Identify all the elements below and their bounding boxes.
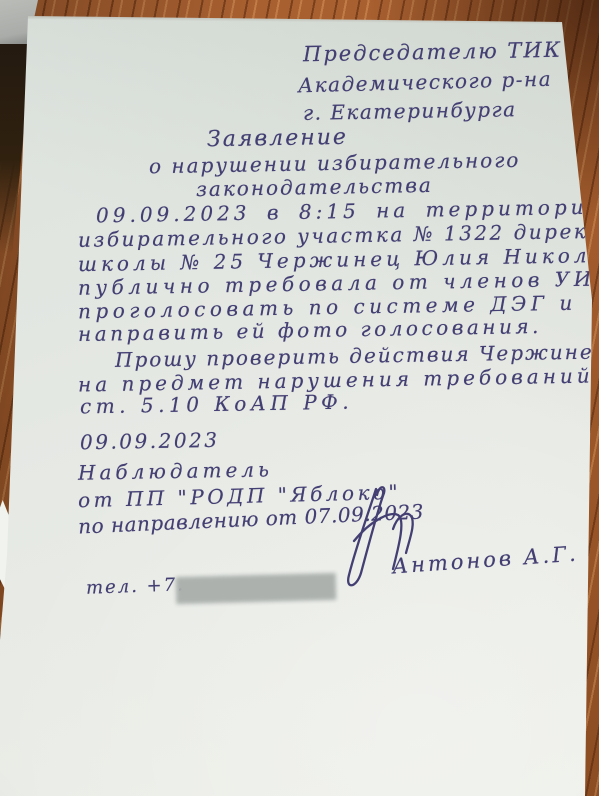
recipient-line: г. Екатеринбурга [303,97,517,125]
redacted-phone-number [176,573,337,604]
phone-label: тел. +7. [86,574,186,598]
body-line: ст. 5.10 КоАП РФ. [80,390,354,419]
document-title-line: законодательства [196,173,433,201]
recipient-line: Председателю ТИК [303,38,562,67]
document-title-line: Заявление [207,125,348,152]
paper-sheet: Председателю ТИК Академического р-на г. … [0,0,599,796]
photo-scene: Председателю ТИК Академического р-на г. … [0,0,599,796]
recipient-line: Академического р-на [298,67,553,98]
signer-line: Наблюдатель [78,457,273,484]
date-line: 09.09.2023 [80,428,220,454]
